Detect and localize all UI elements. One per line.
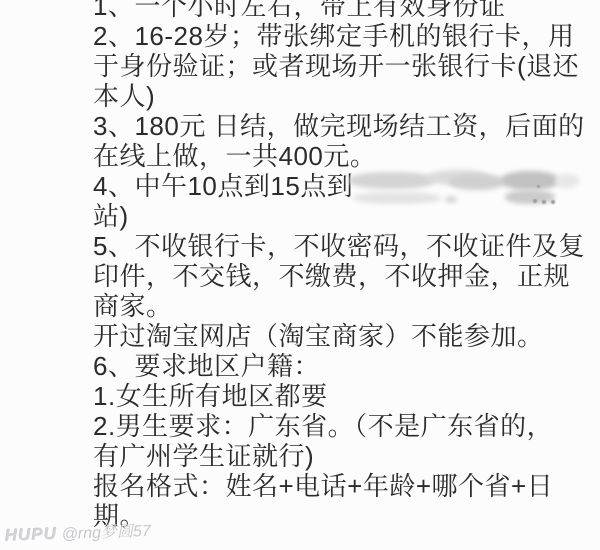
watermark-username: @rng梦圆57: [61, 523, 151, 543]
redaction-blob: [505, 190, 555, 204]
redaction-dot: [551, 200, 555, 204]
redaction-blob: [501, 171, 559, 190]
redaction-blob: [445, 196, 457, 203]
redaction-blob: [449, 174, 505, 190]
redaction-blob: [353, 192, 441, 204]
redaction-dot: [537, 185, 540, 188]
hupu-logo: HUPU: [5, 524, 58, 545]
text-line-11: 商家。: [93, 291, 593, 321]
text-line-3: 于身份验证；或者现场开一张银行卡(退还: [93, 51, 593, 81]
redaction-blob: [349, 172, 435, 189]
redaction-blob: [555, 174, 579, 188]
text-line-6: 在线上做，一共400元。: [93, 141, 593, 171]
text-line-5: 3、180元 日结，做完现场结工资，后面的: [93, 111, 593, 141]
redaction-smudge: [349, 170, 579, 208]
text-line-16: 有广州学生证就行): [93, 441, 593, 471]
text-line-12: 开过淘宝网店（淘宝商家）不能参加。: [93, 321, 593, 351]
text-line-4: 本人): [93, 81, 593, 111]
text-line-10: 印件，不交钱，不缴费，不收押金，正规: [93, 261, 593, 291]
text-line-1: 1、一个小时左右，带上有效身份证: [93, 0, 593, 21]
redaction-dot: [533, 199, 537, 203]
text-line-14: 1.女生所有地区都要: [93, 381, 593, 411]
text-line-17: 报名格式：姓名+电话+年龄+哪个省+日: [93, 471, 593, 501]
text-line-9: 5、不收银行卡，不收密码，不收证件及复: [93, 231, 593, 261]
text-line-15: 2.男生要求：广东省。（不是广东省的，: [93, 411, 593, 441]
text-line-13: 6、要求地区户籍：: [93, 351, 593, 381]
hupu-watermark: HUPU @rng梦圆57: [5, 518, 152, 546]
notice-text-block: 1、一个小时左右，带上有效身份证 2、16-28岁；带张绑定手机的银行卡，用 于…: [93, 0, 593, 531]
screenshot-root: 1、一个小时左右，带上有效身份证 2、16-28岁；带张绑定手机的银行卡，用 于…: [0, 0, 600, 550]
text-line-18: 期。: [93, 501, 593, 531]
redaction-dot: [542, 200, 546, 204]
text-line-2: 2、16-28岁；带张绑定手机的银行卡，用: [93, 21, 593, 51]
